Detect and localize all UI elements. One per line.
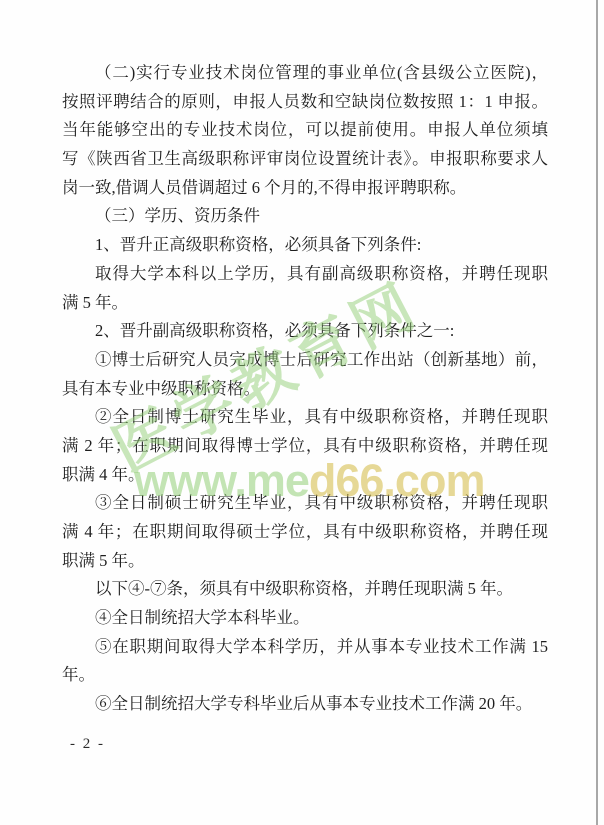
text-line: ③全日制硕士研究生毕业，具有中级职称资格，并聘任现职 bbox=[62, 489, 548, 518]
text-line: 满 5 年。 bbox=[62, 289, 548, 318]
text-line: ④全日制统招大学本科毕业。 bbox=[62, 604, 548, 633]
text-line: 按照评聘结合的原则，申报人员数和空缺岗位数按照 1：1 申报。 bbox=[62, 88, 548, 117]
text-line: 1、晋升正高级职称资格，必须具备下列条件: bbox=[62, 231, 548, 260]
text-line: ②全日制博士研究生毕业，具有中级职称资格，并聘任现职 bbox=[62, 403, 548, 432]
scan-edge-line bbox=[596, 0, 598, 825]
page-number: - 2 - bbox=[70, 736, 105, 753]
text-line: 以下④-⑦条，须具有中级职称资格，并聘任现职满 5 年。 bbox=[62, 575, 548, 604]
text-line: ⑤在职期间取得大学本科学历，并从事本专业技术工作满 15 bbox=[62, 633, 548, 662]
text-line: （二)实行专业技术岗位管理的事业单位(含县级公立医院)， bbox=[62, 59, 548, 88]
text-line: 取得大学本科以上学历，具有副高级职称资格，并聘任现职 bbox=[62, 260, 548, 289]
text-line: ⑥全日制统招大学专科毕业后从事本专业技术工作满 20 年。 bbox=[62, 690, 548, 719]
text-line: 岗一致,借调人员借调超过 6 个月的,不得申报评聘职称。 bbox=[62, 174, 548, 203]
text-line: 满 2 年；在职期间取得博士学位，具有中级职称资格，并聘任现 bbox=[62, 432, 548, 461]
text-line: 具有本专业中级职称资格。 bbox=[62, 375, 548, 404]
text-line: （三）学历、资历条件 bbox=[62, 202, 548, 231]
text-line: 2、晋升副高级职称资格，必须具备下列条件之一: bbox=[62, 317, 548, 346]
text-line: 年。 bbox=[62, 661, 548, 690]
document-text: （二)实行专业技术岗位管理的事业单位(含县级公立医院)，按照评聘结合的原则，申报… bbox=[62, 59, 548, 719]
text-line: 写《陕西省卫生高级职称评审岗位设置统计表》。申报职称要求人 bbox=[62, 145, 548, 174]
text-line: ①博士后研究人员完成博士后研究工作出站（创新基地）前， bbox=[62, 346, 548, 375]
text-line: 满 4 年；在职期间取得硕士学位，具有中级职称资格，并聘任现 bbox=[62, 518, 548, 547]
text-line: 职满 5 年。 bbox=[62, 547, 548, 576]
scanned-document-page: （二)实行专业技术岗位管理的事业单位(含县级公立医院)，按照评聘结合的原则，申报… bbox=[0, 0, 604, 825]
text-line: 当年能够空出的专业技术岗位，可以提前使用。申报人单位须填 bbox=[62, 116, 548, 145]
text-line: 职满 4 年。 bbox=[62, 461, 548, 490]
